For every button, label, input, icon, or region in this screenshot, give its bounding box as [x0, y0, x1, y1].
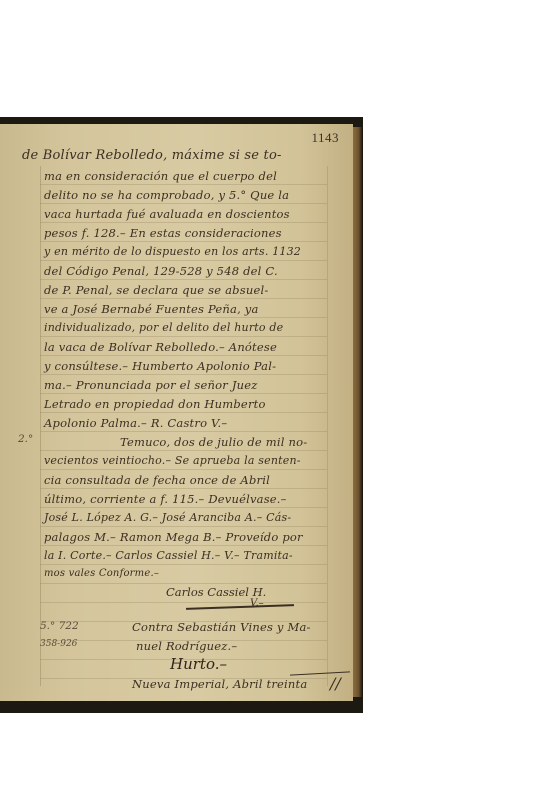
text-line: vaca hurtada fué avaluada en doscientos [44, 207, 290, 221]
text-line: pesos f. 128.– En estas consideraciones [44, 226, 282, 240]
text-line: palagos M.– Ramon Mega B.– Proveído por [44, 530, 303, 544]
text-line: Nueva Imperial, Abril treinta [132, 677, 307, 691]
ledger-page: 1143 de Bolívar Rebolledo, máxime si se … [0, 124, 353, 701]
text-line: mos vales Conforme.– [44, 568, 159, 579]
text-line: último, corriente a f. 115.– Devuélvase.… [44, 492, 287, 506]
left-margin-line [40, 166, 41, 686]
text-line: ma.– Pronunciada por el señor Juez [44, 378, 258, 392]
signature: Carlos Cassiel H. [166, 585, 266, 599]
text-line: cia consultada de fecha once de Abril [44, 473, 270, 487]
text-line: y en mérito de lo dispuesto en los arts.… [44, 245, 301, 258]
text-line: la vaca de Bolívar Rebolledo.– Anótese [44, 340, 277, 354]
page-number: 1143 [311, 130, 339, 146]
text-line: Letrado en propiedad don Humberto [44, 397, 266, 411]
case-number: 5.° 722 [40, 620, 79, 632]
signature-initials: V.– [250, 598, 264, 609]
text-line: nuel Rodríguez.– [136, 639, 237, 653]
text-line: y consúltese.– Humberto Apolonio Pal- [44, 359, 276, 373]
right-margin-line [327, 166, 328, 686]
text-line: Contra Sebastián Vines y Ma- [132, 620, 311, 634]
text-line: la I. Corte.– Carlos Cassiel H.– V.– Tra… [44, 549, 293, 562]
page-edge [353, 127, 362, 697]
entry-margin-label: 2.° [18, 433, 33, 445]
text-line: del Código Penal, 129-528 y 548 del C. [44, 264, 278, 278]
text-line: delito no se ha comprobado, y 5.° Que la [44, 188, 289, 202]
text-line: de Bolívar Rebolledo, máxime si se to- [22, 148, 282, 163]
text-line: vecientos veintiocho.– Se aprueba la sen… [44, 454, 301, 467]
text-line: Temuco, dos de julio de mil no- [120, 435, 307, 449]
text-line: de P. Penal, se declara que se absuel- [44, 283, 268, 297]
text-line: José L. López A. G.– José Aranciba A.– C… [44, 511, 291, 524]
text-line: individualizado, por el delito del hurto… [44, 321, 283, 334]
ledger-scan: 1143 de Bolívar Rebolledo, máxime si se … [0, 117, 363, 713]
text-line: Apolonio Palma.– R. Castro V.– [44, 416, 227, 430]
case-reference: 358-926 [40, 639, 77, 649]
text-line: ve a José Bernabé Fuentes Peña, ya [44, 302, 259, 316]
end-mark: // [330, 674, 341, 693]
case-title: Hurto.– [170, 655, 227, 673]
text-line: ma en consideración que el cuerpo del [44, 169, 277, 183]
